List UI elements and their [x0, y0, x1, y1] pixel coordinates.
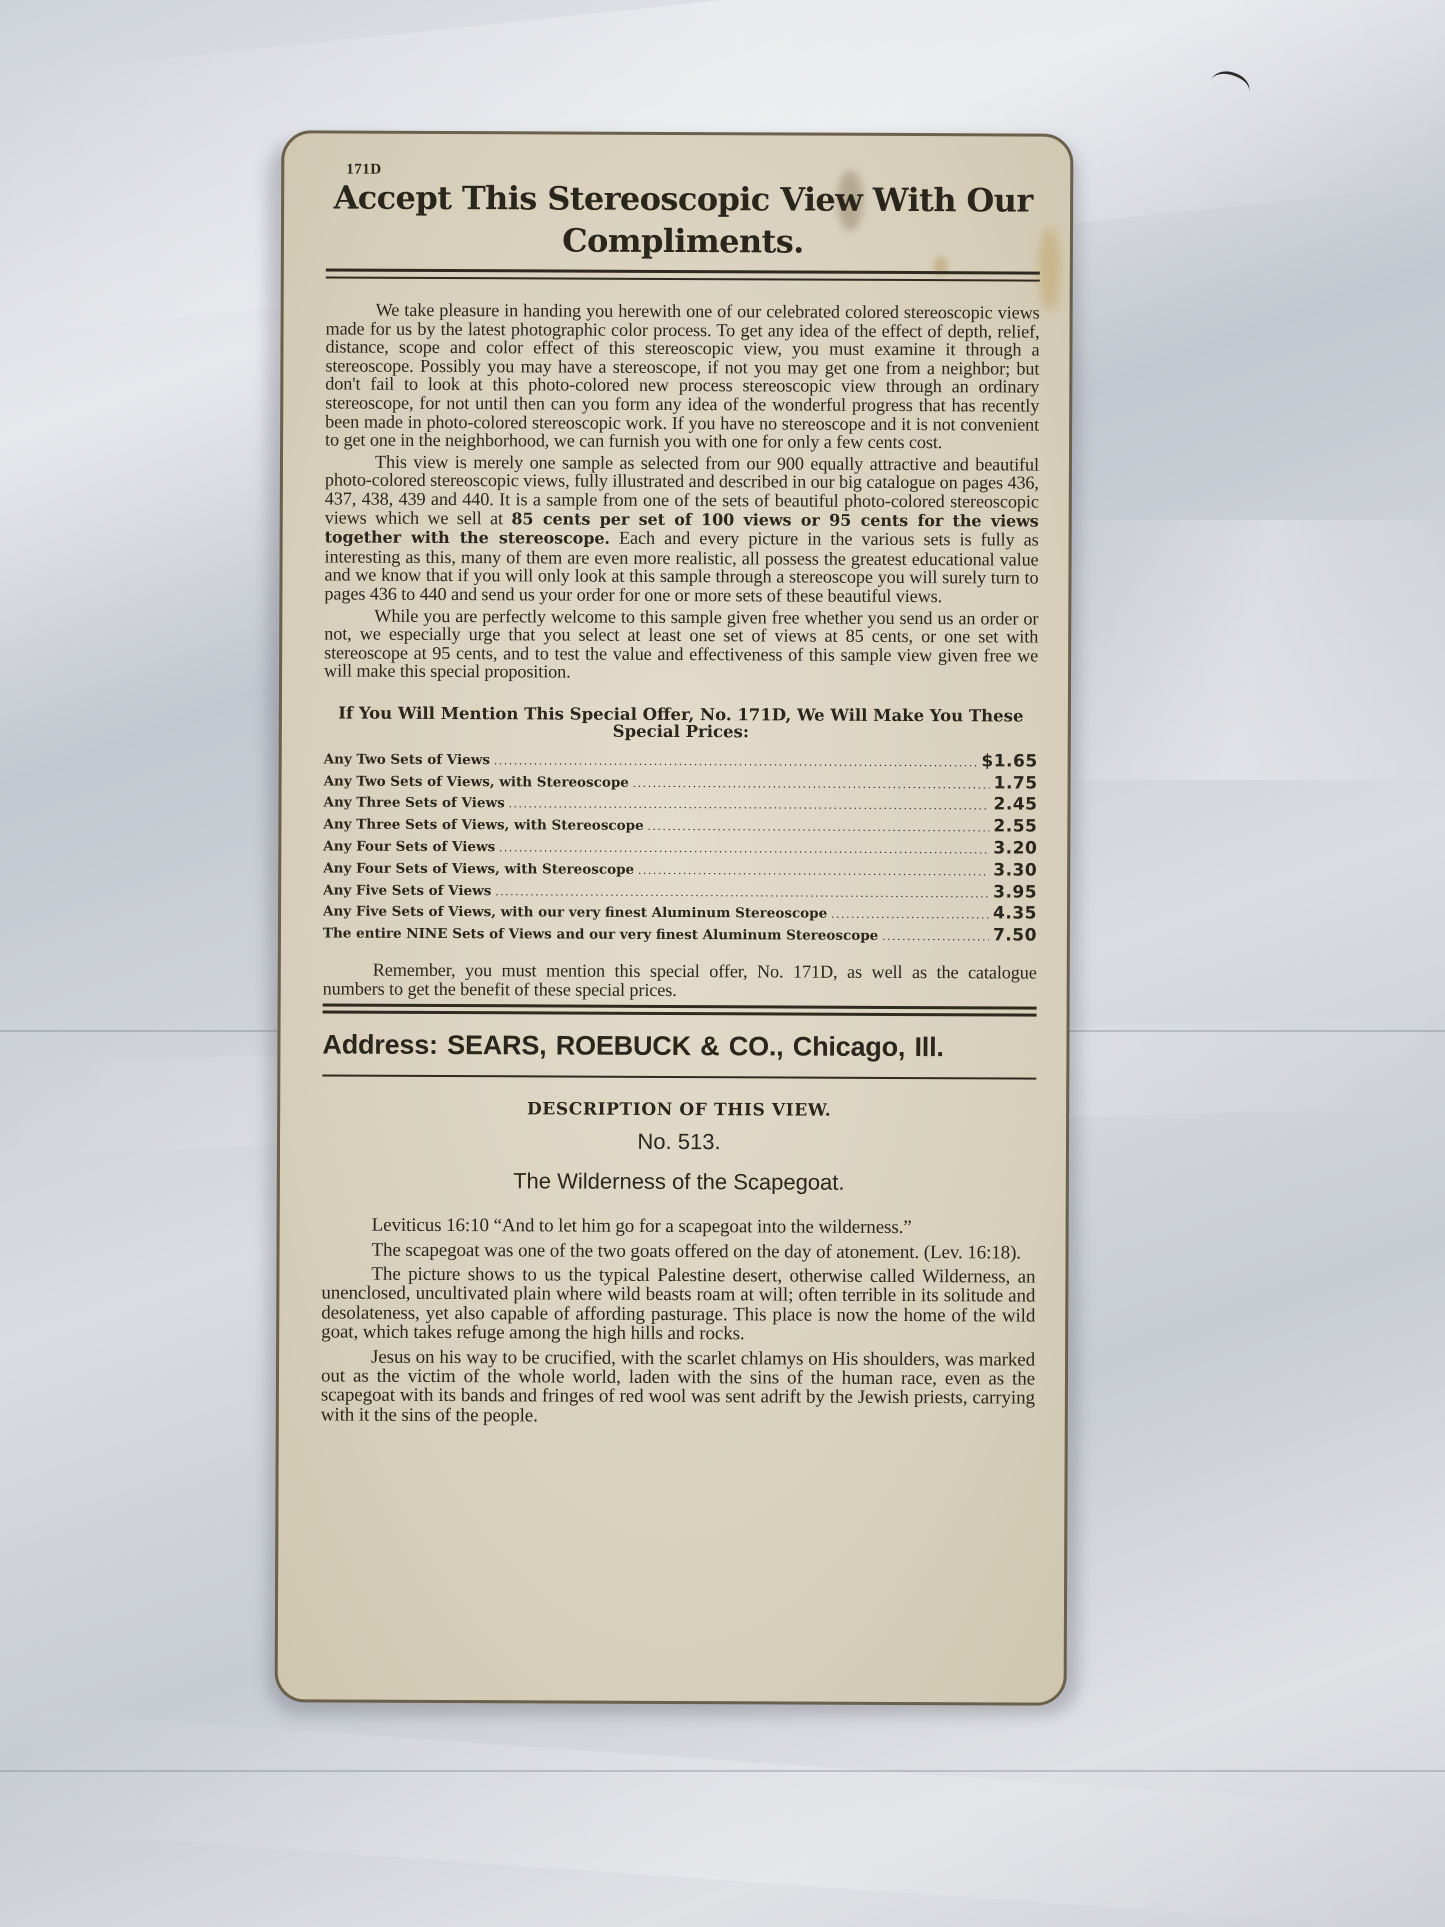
- description-paragraph: Jesus on his way to be crucified, with t…: [321, 1347, 1035, 1428]
- rule: [322, 1075, 1036, 1080]
- background-sheen: [0, 1709, 1445, 1927]
- dot-leader: ........................................…: [882, 929, 989, 944]
- price-row: Any Three Sets of Views, with Stereoscop…: [323, 814, 1037, 839]
- card-title: Accept This Stereoscopic View With Our C…: [326, 176, 1040, 263]
- double-rule: [323, 1004, 1037, 1017]
- background-sheen: [1060, 520, 1445, 780]
- dot-leader: ........................................…: [831, 907, 989, 923]
- dot-leader: ........................................…: [509, 797, 990, 814]
- offer-heading: If You Will Mention This Special Offer, …: [324, 704, 1038, 741]
- remember-note: Remember, you must mention this special …: [323, 961, 1037, 1001]
- price-value: 2.55: [993, 817, 1037, 837]
- price-label: Any Two Sets of Views: [324, 751, 490, 768]
- price-list: Any Two Sets of Views...................…: [323, 748, 1038, 947]
- description-text: Leviticus 16:10 “And to let him go for a…: [321, 1216, 1036, 1428]
- price-row: Any Three Sets of Views.................…: [323, 792, 1037, 817]
- description-paragraph: Leviticus 16:10 “And to let him go for a…: [322, 1216, 1036, 1239]
- price-value: 1.75: [994, 773, 1038, 793]
- price-row: Any Two Sets of Views...................…: [324, 748, 1038, 773]
- price-value: 2.45: [993, 795, 1037, 815]
- description-paragraph: The scapegoat was one of the two goats o…: [322, 1240, 1036, 1263]
- dot-leader: ........................................…: [633, 775, 990, 792]
- price-label: Any Three Sets of Views: [323, 795, 504, 812]
- price-label: Any Four Sets of Views: [323, 839, 495, 856]
- price-value: 3.20: [993, 838, 1037, 858]
- paragraph-intro: We take pleasure in handing you herewith…: [325, 300, 1040, 452]
- company-address: Address: SEARS, ROEBUCK & CO., Chicago, …: [322, 1030, 1036, 1064]
- price-value: 3.95: [993, 882, 1037, 902]
- dot-leader: ........................................…: [494, 753, 977, 770]
- description-paragraph: The picture shows to us the typical Pale…: [321, 1265, 1035, 1346]
- dot-leader: ........................................…: [499, 840, 989, 857]
- price-value: $1.65: [981, 751, 1037, 771]
- price-row: Any Four Sets of Views, with Stereoscope…: [323, 857, 1037, 882]
- dot-leader: ........................................…: [495, 884, 989, 901]
- price-row: Any Four Sets of Views..................…: [323, 836, 1037, 861]
- price-label: Any Three Sets of Views, with Stereoscop…: [323, 817, 643, 834]
- paragraph-proposition: While you are perfectly welcome to this …: [324, 606, 1038, 683]
- price-row: Any Five Sets of Views, with our very fi…: [323, 901, 1037, 926]
- view-number: No. 513.: [322, 1128, 1036, 1157]
- stereoview-card: 171D Accept This Stereoscopic View With …: [275, 130, 1074, 1705]
- stain: [1039, 227, 1061, 312]
- price-label: Any Five Sets of Views, with our very fi…: [323, 904, 827, 922]
- dot-leader: ........................................…: [648, 819, 990, 835]
- price-value: 7.50: [993, 926, 1037, 946]
- description-heading: DESCRIPTION OF THIS VIEW.: [322, 1099, 1036, 1122]
- view-title: The Wilderness of the Scapegoat.: [322, 1168, 1036, 1197]
- dot-leader: ........................................…: [638, 863, 989, 880]
- price-label: Any Two Sets of Views, with Stereoscope: [324, 773, 629, 790]
- price-row: Any Two Sets of Views, with Stereoscope.…: [324, 770, 1038, 795]
- price-label: Any Four Sets of Views, with Stereoscope: [323, 860, 634, 877]
- double-rule: [326, 268, 1040, 281]
- price-label: Any Five Sets of Views: [323, 882, 491, 899]
- price-label: The entire NINE Sets of Views and our ve…: [323, 926, 878, 944]
- price-value: 4.35: [993, 904, 1037, 924]
- stray-hair: [1206, 67, 1253, 107]
- price-row: Any Five Sets of Views..................…: [323, 879, 1037, 904]
- paragraph-sample: This view is merely one sample as select…: [324, 452, 1039, 606]
- price-row: The entire NINE Sets of Views and our ve…: [323, 923, 1037, 948]
- card-content: 171D Accept This Stereoscopic View With …: [321, 161, 1041, 1427]
- surface-fold: [0, 1770, 1445, 1772]
- intro-text: We take pleasure in handing you herewith…: [324, 300, 1040, 683]
- price-value: 3.30: [993, 860, 1037, 880]
